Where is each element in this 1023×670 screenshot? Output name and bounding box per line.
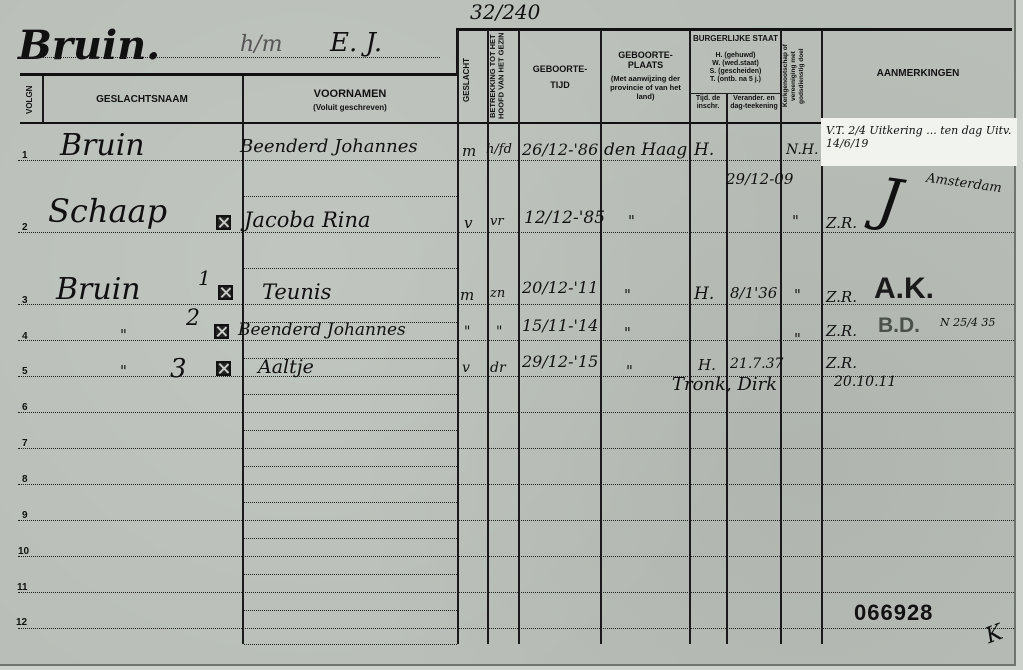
row-number: 3	[22, 295, 28, 306]
entry-2-firstnames: Jacoba Rina	[244, 208, 371, 232]
stamp-bd: B.D.	[878, 314, 920, 338]
entry-4-church: "	[794, 330, 801, 348]
serial-number: 066928	[854, 600, 933, 626]
entry-3-birthdate: 20/12-'11	[522, 278, 598, 297]
header-geboorteplaats-1: GEBOORTE-	[602, 50, 689, 60]
entry-2-relation: vr	[490, 214, 504, 229]
corner-mark: K	[982, 620, 1006, 649]
col-divider-voornamen	[457, 30, 459, 644]
order-mark-1: 1	[198, 266, 211, 290]
header-bs-t: T. (ontb. na 5 j.)	[691, 76, 780, 84]
row-rule	[18, 412, 1014, 413]
entry-5-relation: dr	[490, 360, 506, 376]
row-number: 5	[22, 366, 28, 377]
header-voornamen: VOORNAMEN	[244, 88, 456, 100]
card-reference: 32/240	[470, 0, 540, 24]
row-rule	[18, 340, 1014, 341]
header-annotation: h/m	[240, 32, 282, 57]
header-bs-verander: Verander. en dag-teekening	[728, 95, 780, 111]
header-geboortetijd-2: TIJD	[520, 80, 600, 90]
row-number: 11	[17, 582, 28, 593]
entry-2-birthdate: 12/12-'85	[524, 208, 605, 228]
entry-3-surname: Bruin	[56, 272, 141, 307]
entry-5-remarks: Z.R.	[826, 354, 857, 372]
col-divider-geslacht	[487, 30, 489, 644]
entry-1-church: N.H.	[786, 142, 818, 158]
row-rule	[18, 520, 1014, 521]
voornamen-sub-rule	[244, 574, 457, 575]
row-number: 9	[22, 510, 28, 521]
entry-4-stamp-note: N 25/4 35	[940, 316, 995, 329]
entry-4-surname: "	[120, 326, 127, 344]
checkbox-marked-icon	[216, 361, 231, 376]
entry-3-church: "	[794, 286, 801, 304]
header-rule-right	[456, 28, 1012, 31]
row-number: 2	[22, 222, 28, 233]
row-number: 10	[18, 546, 29, 557]
row-rule	[18, 484, 1014, 485]
entry-5-spouse-note: Tronk, Dirk	[672, 374, 777, 395]
header-initials: E. J.	[330, 28, 382, 58]
header-geboorteplaats-sub: (Met aanwijzing der provincie of van het…	[604, 74, 687, 101]
entry-1-surname: Bruin	[60, 128, 145, 163]
header-geslachtsnaam: GESLACHTSNAAM	[44, 94, 240, 105]
entry-1-gender: m	[462, 142, 476, 160]
entry-2-extra-note: Amsterdam	[925, 171, 1002, 196]
entry-2-surname: Schaap	[48, 192, 167, 230]
voornamen-sub-rule	[244, 502, 457, 503]
entry-1-bs-verander: 29/12-09	[726, 170, 793, 188]
header-volgn: VOLGN	[25, 80, 39, 120]
entry-3-birthplace: "	[624, 286, 631, 304]
entry-4-firstnames: Beenderd Johannes	[238, 320, 406, 340]
voornamen-sub-rule	[244, 394, 457, 395]
header-bs-s: S. (gescheiden)	[691, 68, 780, 76]
entry-1-firstnames: Beenderd Johannes	[240, 136, 418, 157]
entry-4-gender: "	[464, 324, 470, 340]
entry-3-firstnames: Teunis	[262, 280, 331, 304]
row-number: 6	[22, 402, 28, 413]
header-bs-tijd: Tijd. de inschr.	[690, 95, 726, 111]
col-divider-geslachtsnaam	[242, 76, 244, 644]
header-betrekking: BETREKKING TOT HET HOOFD VAN HET GEZIN	[489, 32, 517, 120]
entry-5-spouse-date: 20.10.11	[834, 374, 896, 390]
checkbox-marked-icon	[218, 285, 233, 300]
entry-1-bs-tijd: H.	[694, 140, 714, 160]
entry-3-bs-verander: 8/1'36	[730, 284, 777, 302]
checkbox-marked-icon	[214, 324, 229, 339]
order-mark-3: 3	[170, 354, 187, 384]
col-divider-geboortetijd	[600, 30, 602, 644]
col-divider-betrekking	[518, 30, 520, 644]
header-bs-w: W. (wed.staat)	[691, 60, 780, 68]
entry-5-gender: v	[462, 360, 470, 376]
entry-4-relation: "	[496, 324, 502, 340]
row-rule	[18, 448, 1014, 449]
entry-3-bs-tijd: H.	[694, 284, 714, 304]
row-number: 4	[22, 331, 28, 342]
entry-2-remarks: Z.R.	[826, 214, 857, 232]
header-geslacht: GESLACHT	[462, 40, 482, 120]
entry-1-remarks: V.T. 2/4 Uitkering ... ten dag Uitv. 14/…	[826, 124, 1014, 150]
entry-4-birthdate: 15/11-'14	[522, 316, 598, 335]
checkbox-marked-icon	[216, 215, 231, 230]
entry-5-birthdate: 29/12-'15	[522, 352, 598, 371]
col-divider-geboorteplaats	[689, 30, 691, 644]
entry-5-firstnames: Aaltje	[258, 356, 314, 378]
row-number: 12	[16, 617, 27, 628]
entry-5-bs-tijd: H.	[698, 356, 716, 374]
header-geboortetijd-1: GEBOORTE-	[520, 64, 600, 74]
entry-1-birthplace: den Haag	[604, 140, 687, 160]
header-kerkgenootschap: Kerkgenootschap of vereeniging met godsd…	[782, 32, 820, 120]
entry-2-birthplace: "	[628, 212, 635, 230]
col-divider-bs	[780, 30, 782, 644]
large-flourish-mark: J	[873, 165, 906, 236]
header-bs-h: H. (gehuwd)	[691, 52, 780, 60]
header-dotted-line	[20, 57, 440, 58]
header-geboorteplaats-2: PLAATS	[602, 60, 689, 70]
entry-5-birthplace: "	[626, 362, 633, 380]
entry-2-church: "	[792, 212, 799, 230]
entry-1-relation: h/fd	[486, 142, 512, 157]
entry-1-birthdate: 26/12-'86	[522, 140, 598, 159]
row-rule	[18, 628, 1014, 629]
voornamen-sub-rule	[244, 538, 457, 539]
header-rule-left	[20, 73, 458, 76]
header-burgerlijke-staat: BURGERLIJKE STAAT	[691, 34, 780, 43]
entry-4-remarks: Z.R.	[826, 322, 857, 340]
voornamen-sub-rule	[244, 644, 457, 645]
family-name-header: Bruin.	[18, 22, 160, 69]
row-rule	[18, 232, 1014, 233]
entry-3-relation: zn	[490, 286, 505, 301]
row-number: 8	[22, 474, 28, 485]
row-number: 7	[22, 438, 28, 449]
voornamen-sub-rule	[244, 610, 457, 611]
voornamen-sub-rule	[244, 430, 457, 431]
voornamen-sub-rule	[244, 466, 457, 467]
bs-subheader-rule	[689, 93, 780, 94]
order-mark-2: 2	[186, 306, 200, 331]
registration-card: Bruin. h/m E. J. 32/240 VOLGN GESLACHTSN…	[0, 0, 1016, 666]
row-rule	[18, 556, 1014, 557]
stamp-ak: A.K.	[874, 272, 934, 306]
entry-3-gender: m	[460, 286, 474, 304]
entry-5-bs-verander: 21.7.37	[730, 356, 783, 372]
header-aanmerkingen: AANMERKINGEN	[823, 68, 1013, 79]
entry-2-gender: v	[464, 214, 472, 232]
entry-3-remarks: Z.R.	[826, 288, 857, 306]
header-voornamen-sub: (Voluit geschreven)	[244, 103, 456, 112]
row-rule	[18, 592, 1014, 593]
entry-5-surname: "	[120, 362, 127, 380]
voornamen-sub-rule	[244, 268, 457, 269]
row-rule	[18, 304, 1014, 305]
row-number: 1	[22, 150, 28, 161]
voornamen-sub-rule	[244, 196, 457, 197]
entry-4-birthplace: "	[624, 324, 631, 342]
